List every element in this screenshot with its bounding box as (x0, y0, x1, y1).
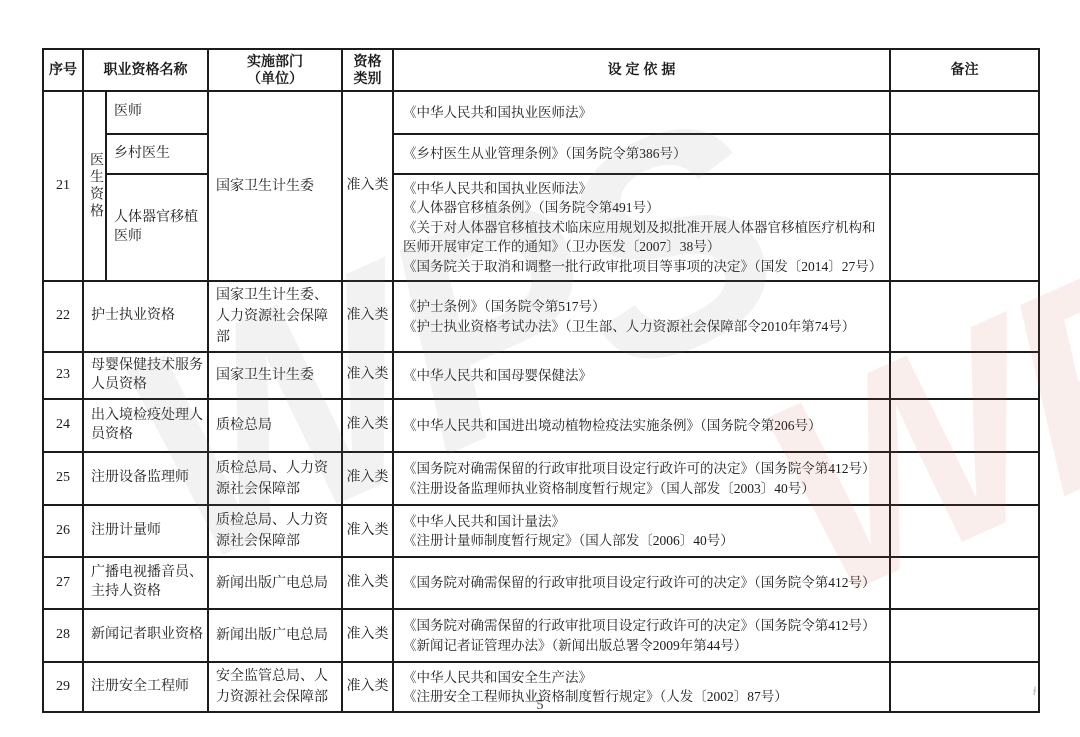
row21-group-label: 医生资格 (83, 91, 106, 281)
page-number: 5 (0, 698, 1080, 714)
row24-category: 准入类 (342, 399, 393, 452)
table-row: 23 母婴保健技术服务人员资格 国家卫生计生委 准入类 《中华人民共和国母婴保健… (43, 352, 1039, 399)
row28-basis: 《国务院对确需保留的行政审批项目设定行政许可的决定》（国务院令第412号） 《新… (393, 609, 890, 662)
row21c-basis: 《中华人民共和国执业医师法》 《人体器官移植条例》（国务院令第491号） 《关于… (393, 174, 890, 281)
row27-category: 准入类 (342, 557, 393, 609)
row25-no: 25 (43, 452, 83, 505)
table-row: 25 注册设备监理师 质检总局、人力资源社会保障部 准入类 《国务院对确需保留的… (43, 452, 1039, 505)
row22-basis: 《护士条例》（国务院令第517号） 《护士执业资格考试办法》（卫生部、人力资源社… (393, 281, 890, 352)
row25-dept: 质检总局、人力资源社会保障部 (208, 452, 342, 505)
row23-remark (890, 352, 1039, 399)
header-remark: 备注 (890, 49, 1039, 91)
row21b-basis: 《乡村医生从业管理条例》（国务院令第386号） (393, 134, 890, 174)
row26-category: 准入类 (342, 505, 393, 557)
row24-basis: 《中华人民共和国进出境动植物检疫法实施条例》（国务院令第206号） (393, 399, 890, 452)
row21b-name: 乡村医生 (106, 134, 208, 174)
row22-category: 准入类 (342, 281, 393, 352)
row27-no: 27 (43, 557, 83, 609)
row26-remark (890, 505, 1039, 557)
row27-dept: 新闻出版广电总局 (208, 557, 342, 609)
row21a-remark (890, 91, 1039, 134)
row24-no: 24 (43, 399, 83, 452)
row28-name: 新闻记者职业资格 (83, 609, 208, 662)
row21-no: 21 (43, 91, 83, 281)
row25-basis: 《国务院对确需保留的行政审批项目设定行政许可的决定》（国务院令第412号） 《注… (393, 452, 890, 505)
header-category: 资格 类别 (342, 49, 393, 91)
qualification-table: 序号 职业资格名称 实施部门 （单位） 资格 类别 设 定 依 据 备注 21 … (42, 48, 1040, 713)
table-row: 21 医生资格 医师 国家卫生计生委 准入类 《中华人民共和国执业医师法》 (43, 91, 1039, 134)
row27-basis: 《国务院对确需保留的行政审批项目设定行政许可的决定》（国务院令第412号） (393, 557, 890, 609)
row28-no: 28 (43, 609, 83, 662)
row23-category: 准入类 (342, 352, 393, 399)
row22-remark (890, 281, 1039, 352)
table-row: 人体器官移植医师 《中华人民共和国执业医师法》 《人体器官移植条例》（国务院令第… (43, 174, 1039, 281)
row21a-basis: 《中华人民共和国执业医师法》 (393, 91, 890, 134)
row21c-remark (890, 174, 1039, 281)
row26-basis: 《中华人民共和国计量法》 《注册计量师制度暂行规定》（国人部发〔2006〕40号… (393, 505, 890, 557)
row25-name: 注册设备监理师 (83, 452, 208, 505)
row21-dept: 国家卫生计生委 (208, 91, 342, 281)
row23-dept: 国家卫生计生委 (208, 352, 342, 399)
document-page: 序号 职业资格名称 实施部门 （单位） 资格 类别 设 定 依 据 备注 21 … (0, 0, 1080, 737)
table-row: 乡村医生 《乡村医生从业管理条例》（国务院令第386号） (43, 134, 1039, 174)
row28-remark (890, 609, 1039, 662)
row24-name: 出入境检疫处理人员资格 (83, 399, 208, 452)
row25-category: 准入类 (342, 452, 393, 505)
table-row: 24 出入境检疫处理人员资格 质检总局 准入类 《中华人民共和国进出境动植物检疫… (43, 399, 1039, 452)
table-row: 28 新闻记者职业资格 新闻出版广电总局 准入类 《国务院对确需保留的行政审批项… (43, 609, 1039, 662)
row22-dept: 国家卫生计生委、人力资源社会保障部 (208, 281, 342, 352)
table-row: 26 注册计量师 质检总局、人力资源社会保障部 准入类 《中华人民共和国计量法》… (43, 505, 1039, 557)
header-dept: 实施部门 （单位） (208, 49, 342, 91)
header-no: 序号 (43, 49, 83, 91)
row23-name: 母婴保健技术服务人员资格 (83, 352, 208, 399)
row28-dept: 新闻出版广电总局 (208, 609, 342, 662)
row22-no: 22 (43, 281, 83, 352)
row23-basis: 《中华人民共和国母婴保健法》 (393, 352, 890, 399)
row27-remark (890, 557, 1039, 609)
table-header-row: 序号 职业资格名称 实施部门 （单位） 资格 类别 设 定 依 据 备注 (43, 49, 1039, 91)
row25-remark (890, 452, 1039, 505)
row27-name: 广播电视播音员、主持人资格 (83, 557, 208, 609)
row21-category: 准入类 (342, 91, 393, 281)
header-name: 职业资格名称 (83, 49, 208, 91)
table-row: 27 广播电视播音员、主持人资格 新闻出版广电总局 准入类 《国务院对确需保留的… (43, 557, 1039, 609)
row26-dept: 质检总局、人力资源社会保障部 (208, 505, 342, 557)
table-row: 22 护士执业资格 国家卫生计生委、人力资源社会保障部 准入类 《护士条例》（国… (43, 281, 1039, 352)
row24-dept: 质检总局 (208, 399, 342, 452)
row23-no: 23 (43, 352, 83, 399)
row21c-name: 人体器官移植医师 (106, 174, 208, 281)
row22-name: 护士执业资格 (83, 281, 208, 352)
row28-category: 准入类 (342, 609, 393, 662)
row21b-remark (890, 134, 1039, 174)
row21a-name: 医师 (106, 91, 208, 134)
row24-remark (890, 399, 1039, 452)
row26-no: 26 (43, 505, 83, 557)
header-basis: 设 定 依 据 (393, 49, 890, 91)
row26-name: 注册计量师 (83, 505, 208, 557)
